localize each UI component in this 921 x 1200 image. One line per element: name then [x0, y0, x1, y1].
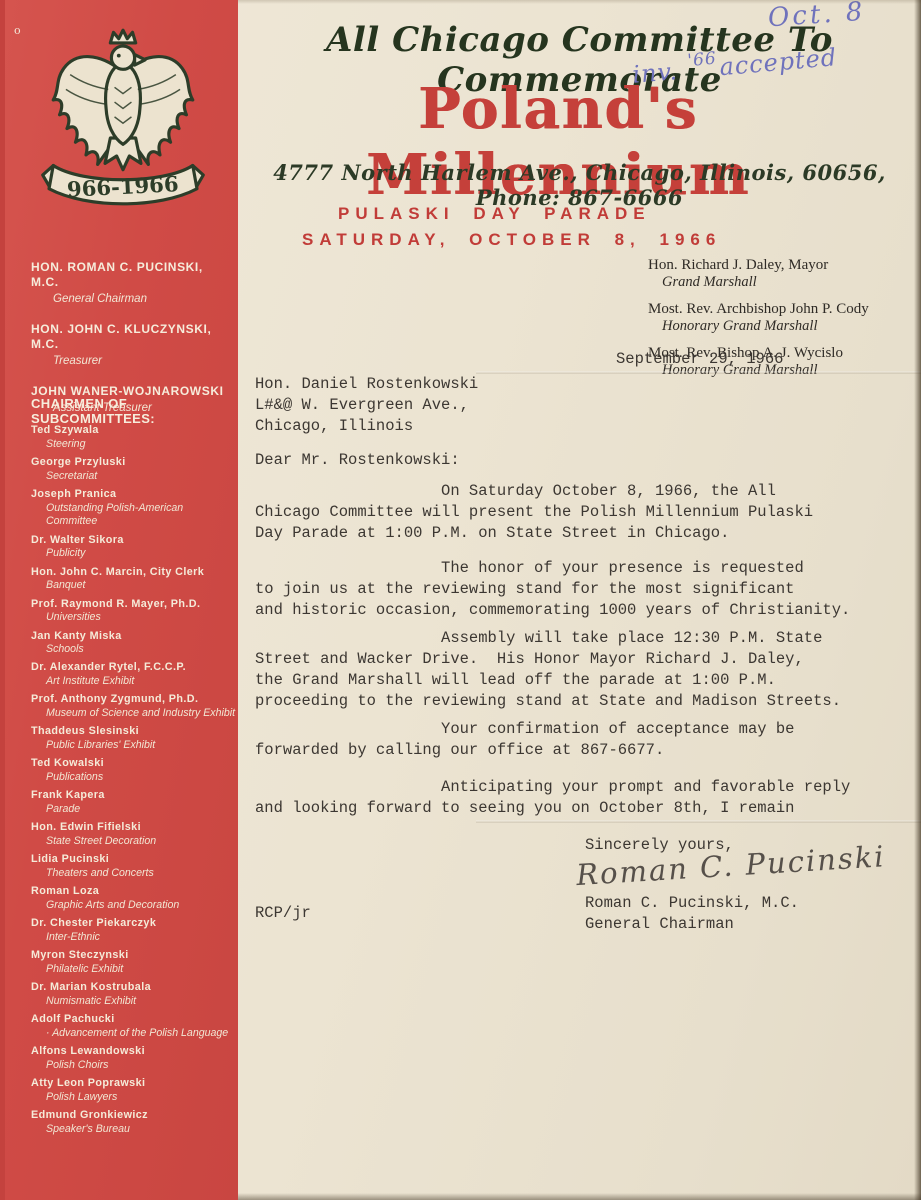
subcommittee-chairman-name: Frank Kapera: [31, 789, 237, 803]
subcommittee-entry: Dr. Marian Kostrubala Numismatic Exhibit: [31, 981, 237, 1008]
subcommittee-chairman-name: Dr. Alexander Rytel, F.C.C.P.: [31, 661, 237, 675]
letterhead-sidebar: o: [0, 0, 238, 1200]
paper-fold-crease: [476, 820, 921, 823]
subcommittee-entry: Hon. Edwin Fifielski State Street Decora…: [31, 821, 237, 848]
subcommittee-role: Philatelic Exhibit: [46, 963, 237, 977]
subcommittee-chairman-name: Hon. Edwin Fifielski: [31, 821, 237, 835]
letter-body-area: All Chicago Committee To Commemorate Pol…: [238, 0, 921, 1200]
officer-entry: HON. JOHN C. KLUCZYNSKI, M.C. Treasurer: [31, 322, 233, 369]
officer-name: HON. JOHN C. KLUCZYNSKI, M.C.: [31, 322, 233, 352]
subcommittee-role: Inter-Ethnic: [46, 931, 237, 945]
subcommittee-role: State Street Decoration: [46, 835, 237, 849]
subcommittee-role: Parade: [46, 803, 237, 817]
polish-eagle-emblem-icon: 966-1966: [38, 26, 208, 212]
subcommittee-entry: Jan Kanty Miska Schools: [31, 630, 237, 657]
salutation: Dear Mr. Rostenkowski:: [255, 450, 460, 471]
subcommittee-entry: Myron Steczynski Philatelic Exhibit: [31, 949, 237, 976]
handwritten-year: '66: [687, 49, 718, 71]
letter-date: September 29, 1966: [616, 349, 783, 370]
subcommittee-entry: Ted Kowalski Publications: [31, 757, 237, 784]
subcommittee-chairman-name: Hon. John C. Marcin, City Clerk: [31, 566, 237, 580]
subcommittee-role: Museum of Science and Industry Exhibit: [46, 707, 237, 721]
letter-paragraph: On Saturday October 8, 1966, the All Chi…: [255, 481, 905, 544]
subcommittee-chairman-name: Alfons Lewandowski: [31, 1045, 237, 1059]
subcommittee-chairman-name: Jan Kanty Miska: [31, 630, 237, 644]
subcommittee-role: Graphic Arts and Decoration: [46, 899, 237, 913]
officer-name: HON. ROMAN C. PUCINSKI, M.C.: [31, 260, 233, 290]
subcommittee-chairman-name: Prof. Raymond R. Mayer, Ph.D.: [31, 598, 237, 612]
subcommittee-role: Public Libraries' Exhibit: [46, 739, 237, 753]
subcommittee-entry: Joseph Pranica Outstanding Polish-Americ…: [31, 488, 237, 529]
subcommittee-chairman-name: Prof. Anthony Zygmund, Ph.D.: [31, 693, 237, 707]
subcommittee-role: Steering: [46, 438, 237, 452]
subcommittees-list: Ted Szywala Steering George Przyluski Se…: [31, 424, 237, 1141]
subcommittee-chairman-name: Dr. Marian Kostrubala: [31, 981, 237, 995]
subcommittee-chairman-name: George Przyluski: [31, 456, 237, 470]
recipient-address-block: Hon. Daniel Rostenkowski L#&@ W. Evergre…: [255, 374, 478, 437]
scan-edge-shadow: [238, 1193, 921, 1200]
marshal-entry: Hon. Richard J. Daley, Mayor Grand Marsh…: [648, 256, 913, 291]
scan-edge-shadow: [238, 0, 921, 4]
subcommittee-entry: Prof. Raymond R. Mayer, Ph.D. Universiti…: [31, 598, 237, 625]
subcommittees-heading: CHAIRMEN OF SUBCOMMITTEES:: [31, 396, 236, 426]
subcommittee-entry: Dr. Alexander Rytel, F.C.C.P. Art Instit…: [31, 661, 237, 688]
event-name-line: PULASKI DAY PARADE: [338, 204, 651, 224]
subcommittee-chairman-name: Roman Loza: [31, 885, 237, 899]
subcommittee-role: Schools: [46, 643, 237, 657]
letter-paragraph: Assembly will take place 12:30 P.M. Stat…: [255, 628, 905, 712]
subcommittee-role: · Advancement of the Polish Language: [46, 1027, 237, 1041]
letter-paragraph: The honor of your presence is requested …: [255, 558, 905, 621]
subcommittee-role: Theaters and Concerts: [46, 867, 237, 881]
officer-role: Treasurer: [53, 354, 233, 369]
subcommittee-role: Polish Lawyers: [46, 1091, 237, 1105]
subcommittee-chairman-name: Atty Leon Poprawski: [31, 1077, 237, 1091]
subcommittee-role: Banquet: [46, 579, 237, 593]
subcommittee-entry: Roman Loza Graphic Arts and Decoration: [31, 885, 237, 912]
marshal-title: Grand Marshall: [662, 274, 913, 291]
subcommittee-chairman-name: Thaddeus Slesinski: [31, 725, 237, 739]
letterhead-address-line: 4777 North Harlem Ave., Chicago, Illinoi…: [238, 160, 921, 210]
subcommittee-entry: Alfons Lewandowski Polish Choirs: [31, 1045, 237, 1072]
officer-role: General Chairman: [53, 292, 233, 307]
signer-name: Roman C. Pucinski, M.C.: [585, 893, 799, 914]
subcommittee-entry: Dr. Walter Sikora Publicity: [31, 534, 237, 561]
subcommittee-chairman-name: Dr. Chester Piekarczyk: [31, 917, 237, 931]
typist-reference: RCP/jr: [255, 903, 311, 924]
subcommittee-entry: George Przyluski Secretariat: [31, 456, 237, 483]
subcommittee-chairman-name: Ted Szywala: [31, 424, 237, 438]
subcommittee-entry: Prof. Anthony Zygmund, Ph.D. Museum of S…: [31, 693, 237, 720]
subcommittee-entry: Dr. Chester Piekarczyk Inter-Ethnic: [31, 917, 237, 944]
subcommittee-entry: Frank Kapera Parade: [31, 789, 237, 816]
letter-paragraph: Your confirmation of acceptance may be f…: [255, 719, 905, 761]
marshal-name: Hon. Richard J. Daley, Mayor: [648, 256, 913, 274]
event-date-line: SATURDAY, OCTOBER 8, 1966: [302, 230, 721, 250]
subcommittee-role: Polish Choirs: [46, 1059, 237, 1073]
subcommittee-chairman-name: Adolf Pachucki: [31, 1013, 237, 1027]
signer-title: General Chairman: [585, 914, 734, 935]
marshal-title: Honorary Grand Marshall: [662, 318, 913, 335]
scanned-letter-page: o: [0, 0, 921, 1200]
subcommittee-entry: Lidia Pucinski Theaters and Concerts: [31, 853, 237, 880]
subcommittee-role: Outstanding Polish-American Committee: [46, 502, 237, 529]
subcommittee-chairman-name: Myron Steczynski: [31, 949, 237, 963]
subcommittee-entry: Hon. John C. Marcin, City Clerk Banquet: [31, 566, 237, 593]
officer-entry: HON. ROMAN C. PUCINSKI, M.C. General Cha…: [31, 260, 233, 307]
subcommittee-entry: Adolf Pachucki · Advancement of the Poli…: [31, 1013, 237, 1040]
paper-fold-crease: [476, 371, 921, 374]
subcommittee-chairman-name: Joseph Pranica: [31, 488, 237, 502]
subcommittee-role: Publicity: [46, 547, 237, 561]
subcommittee-entry: Atty Leon Poprawski Polish Lawyers: [31, 1077, 237, 1104]
scan-edge-shadow: [914, 0, 921, 1200]
subcommittee-chairman-name: Edmund Gronkiewicz: [31, 1109, 237, 1123]
subcommittee-chairman-name: Ted Kowalski: [31, 757, 237, 771]
marshal-entry: Most. Rev. Archbishop John P. Cody Honor…: [648, 300, 913, 335]
subcommittee-role: Speaker's Bureau: [46, 1123, 237, 1137]
letter-paragraph: Anticipating your prompt and favorable r…: [255, 777, 905, 819]
handwritten-inv: inv.: [631, 57, 679, 89]
subcommittee-chairman-name: Lidia Pucinski: [31, 853, 237, 867]
subcommittee-role: Publications: [46, 771, 237, 785]
subcommittee-role: Art Institute Exhibit: [46, 675, 237, 689]
subcommittee-chairman-name: Dr. Walter Sikora: [31, 534, 237, 548]
marshal-name: Most. Rev. Archbishop John P. Cody: [648, 300, 913, 318]
corner-pen-mark: o: [14, 24, 21, 37]
subcommittee-entry: Ted Szywala Steering: [31, 424, 237, 451]
subcommittee-entry: Thaddeus Slesinski Public Libraries' Exh…: [31, 725, 237, 752]
subcommittee-entry: Edmund Gronkiewicz Speaker's Bureau: [31, 1109, 237, 1136]
subcommittee-role: Numismatic Exhibit: [46, 995, 237, 1009]
subcommittee-role: Universities: [46, 611, 237, 625]
subcommittee-role: Secretariat: [46, 470, 237, 484]
